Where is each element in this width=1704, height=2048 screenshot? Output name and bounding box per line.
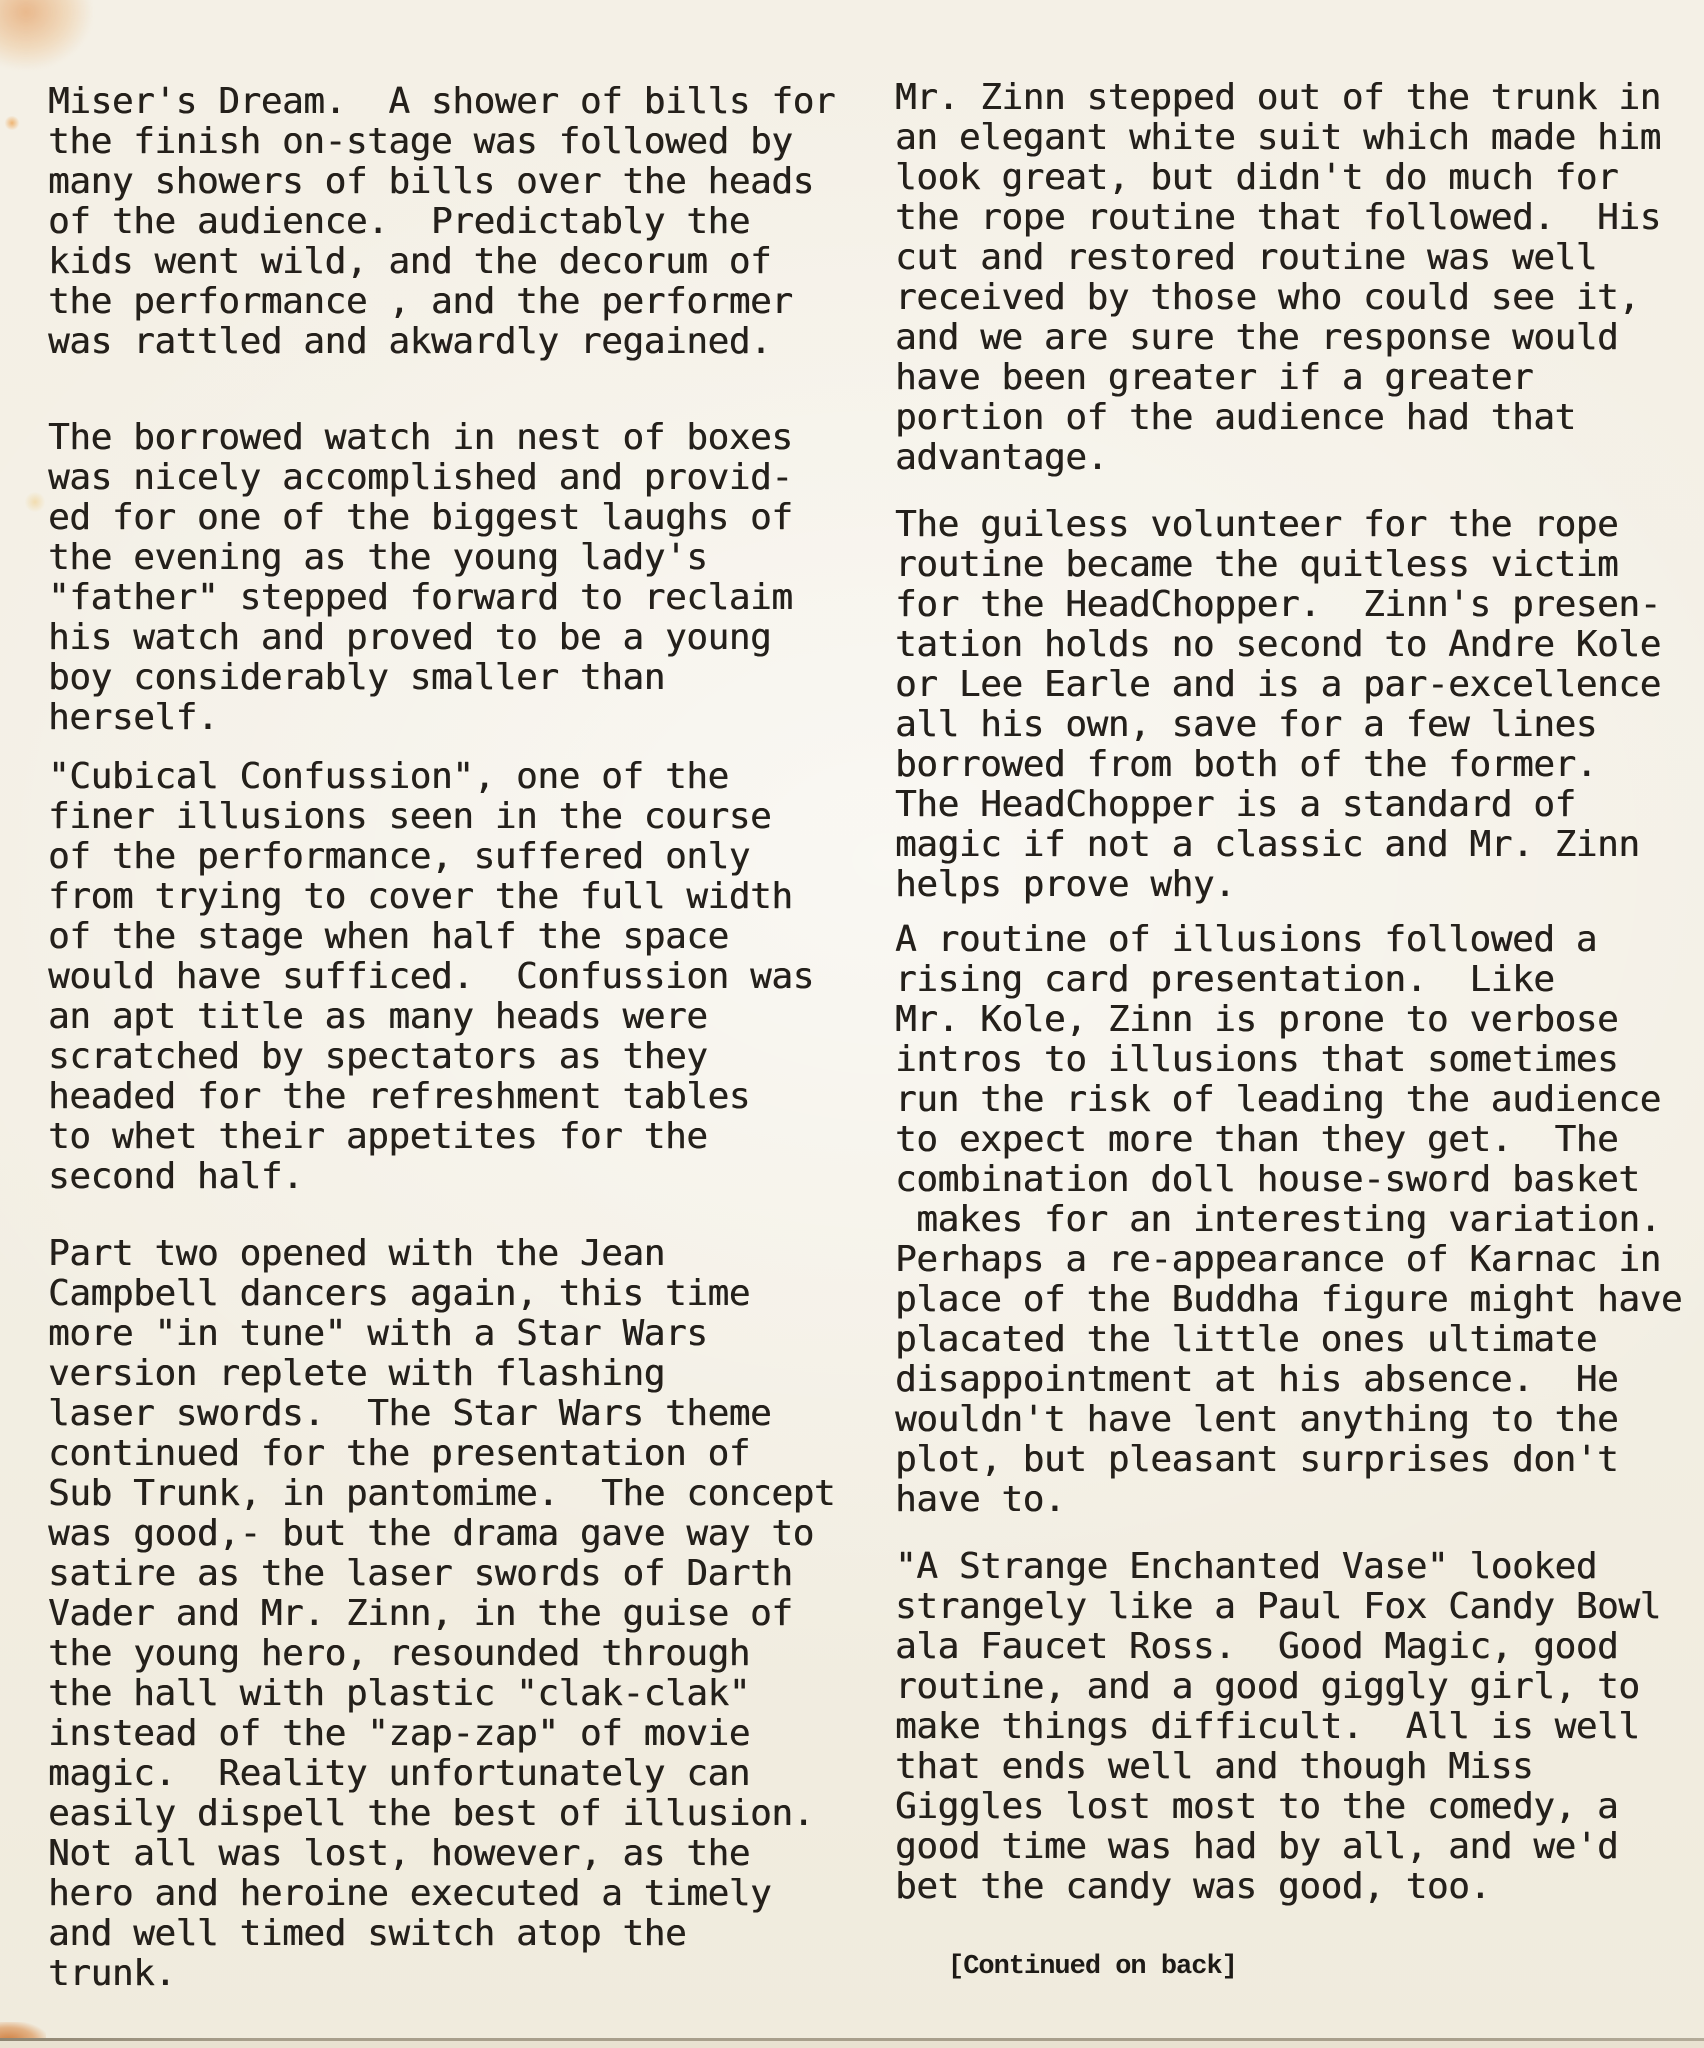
right-column: Mr. Zinn stepped out of the trunk in an … — [895, 78, 1704, 1907]
scan-stain-top-left — [0, 0, 92, 69]
paragraph-rising-card: A routine of illusions followed a rising… — [895, 920, 1704, 1520]
paragraph-white-suit: Mr. Zinn stepped out of the trunk in an … — [895, 78, 1704, 478]
scan-speck-faint — [24, 492, 46, 512]
page-bottom-edge — [0, 2041, 1704, 2048]
scanned-page: Miser's Dream. A shower of bills for the… — [0, 0, 1704, 2048]
paragraph-borrowed-watch: The borrowed watch in nest of boxes was … — [48, 418, 858, 738]
paragraph-enchanted-vase: "A Strange Enchanted Vase" looked strang… — [895, 1547, 1704, 1907]
paragraph-misers-dream: Miser's Dream. A shower of bills for the… — [48, 82, 858, 362]
left-column: Miser's Dream. A shower of bills for the… — [48, 82, 858, 1994]
continued-on-back-note: [Continued on back] — [948, 1952, 1237, 1982]
scan-speck-left-edge — [4, 116, 20, 130]
paragraph-cubical-confussion: "Cubical Confussion", one of the finer i… — [48, 757, 858, 1197]
paragraph-headchopper: The guiless volunteer for the rope routi… — [895, 505, 1704, 905]
paragraph-part-two: Part two opened with the Jean Campbell d… — [48, 1234, 858, 1994]
